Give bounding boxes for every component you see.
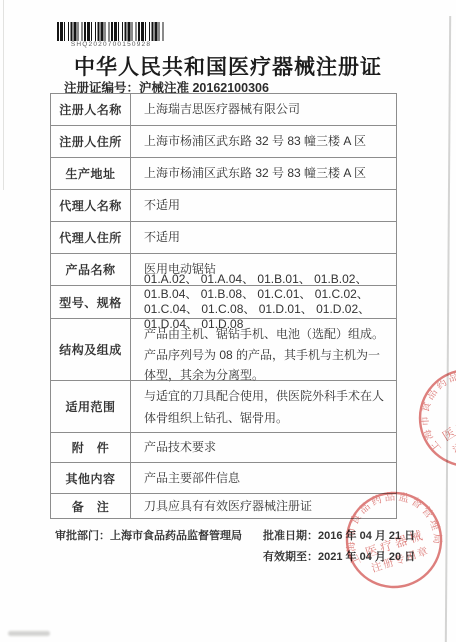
row-label: 附 件	[51, 433, 131, 462]
row-value: 上海市杨浦区武东路 32 号 83 幢三楼 A 区	[131, 126, 396, 157]
table-row: 注册人名称 上海瑞吉思医疗器械有限公司	[51, 94, 396, 126]
table-row: 注册人住所 上海市杨浦区武东路 32 号 83 幢三楼 A 区	[51, 126, 396, 158]
stamp-agency-arc-text: 上海市食品药品监督管理局	[408, 358, 456, 463]
row-label: 注册人名称	[51, 94, 131, 125]
table-row: 型号、规格 01.A.02、 01.A.04、 01.B.01、 01.B.02…	[51, 286, 396, 319]
row-value: 与适宜的刀具配合使用，供医院外科手术在人体骨组织上钻孔、锯骨用。	[131, 381, 396, 432]
row-label: 注册人住所	[51, 126, 131, 157]
barcode: SHQ2020700150928	[57, 22, 165, 48]
certificate-table: 注册人名称 上海瑞吉思医疗器械有限公司 注册人住所 上海市杨浦区武东路 32 号…	[50, 93, 397, 519]
table-row: 结构及组成 产品由主机、锯钻手机、电池（选配）组成。 产品序列号为 08 的产品…	[51, 319, 396, 381]
table-row: 代理人名称 不适用	[51, 190, 396, 222]
table-row: 生产地址 上海市杨浦区武东路 32 号 83 幢三楼 A 区	[51, 158, 396, 190]
barcode-bars-icon	[57, 22, 165, 41]
row-value: 上海市杨浦区武东路 32 号 83 幢三楼 A 区	[131, 158, 396, 189]
row-value-line: 产品由主机、锯钻手机、电池（选配）组成。	[144, 324, 388, 345]
red-stamp-icon: 上海市食品药品监督管理局 医疗器械 注册专用章	[334, 480, 454, 600]
table-row: 附 件 产品技术要求	[51, 433, 396, 463]
page-title: 中华人民共和国医疗器械注册证	[0, 51, 456, 81]
row-value: 上海瑞吉思医疗器械有限公司	[131, 94, 396, 125]
row-label: 结构及组成	[51, 319, 131, 380]
red-stamp-icon: 上海市食品药品监督管理局 医疗器械 注册专用章	[408, 358, 456, 478]
row-label: 代理人住所	[51, 222, 131, 253]
barcode-text: SHQ2020700150928	[57, 41, 165, 48]
table-row: 适用范围 与适宜的刀具配合使用，供医院外科手术在人体骨组织上钻孔、锯骨用。	[51, 381, 396, 433]
svg-text:上海市食品药品监督管理局: 上海市食品药品监督管理局	[408, 358, 456, 463]
row-value: 产品技术要求	[131, 433, 396, 462]
row-value-line: 产品序列号为 08 的产品，其手机与主机为一体型，其余为分离型。	[144, 345, 388, 386]
row-label: 备 注	[51, 494, 131, 518]
row-label: 产品名称	[51, 254, 131, 285]
row-label: 适用范围	[51, 381, 131, 432]
paper-edge-left	[3, 0, 4, 190]
row-label: 代理人名称	[51, 190, 131, 221]
stamp-line1-text: 医疗器械	[440, 398, 456, 444]
row-value: 产品由主机、锯钻手机、电池（选配）组成。 产品序列号为 08 的产品，其手机与主…	[131, 319, 396, 380]
approval-department: 审批部门：上海市食品药品监督管理局	[55, 527, 242, 543]
row-value: 不适用	[131, 190, 396, 221]
row-label: 生产地址	[51, 158, 131, 189]
row-label: 其他内容	[51, 463, 131, 493]
scan-smudge	[8, 631, 50, 636]
row-value: 01.A.02、 01.A.04、 01.B.01、 01.B.02、 01.B…	[131, 286, 396, 318]
row-label: 型号、规格	[51, 286, 131, 318]
table-row: 代理人住所 不适用	[51, 222, 396, 254]
certificate-page: SHQ2020700150928 中华人民共和国医疗器械注册证 注册证编号：沪械…	[0, 0, 456, 642]
row-value: 不适用	[131, 222, 396, 253]
